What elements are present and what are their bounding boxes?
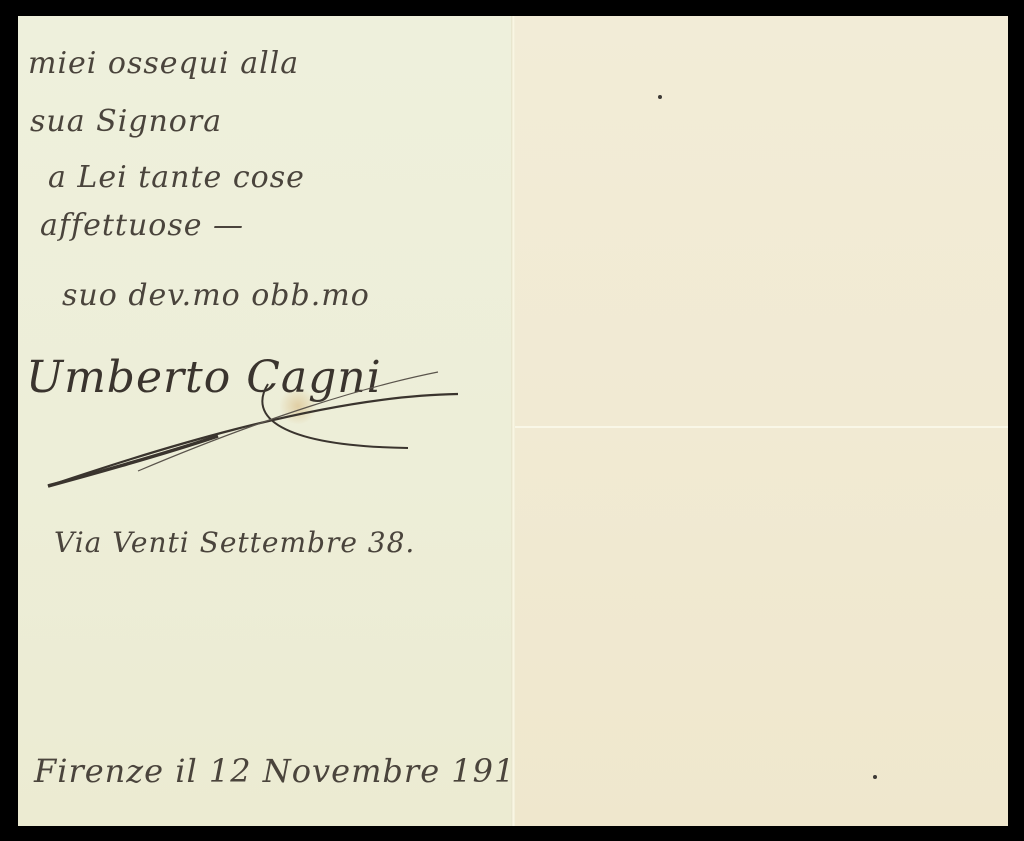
horizontal-crease: [515, 426, 1008, 428]
sender-address: Via Venti Settembre 38.: [54, 526, 415, 559]
paper-speck: [873, 775, 877, 779]
letter-sheet: miei ossequi alla sua Signora a Lei tant…: [18, 16, 1008, 826]
left-page: miei ossequi alla sua Signora a Lei tant…: [18, 16, 512, 826]
paper-speck: [658, 95, 662, 99]
right-page-blank: [515, 16, 1008, 826]
signature-flourish: [18, 16, 512, 516]
place-date-line: Firenze il 12 Novembre 1913: [34, 752, 537, 790]
